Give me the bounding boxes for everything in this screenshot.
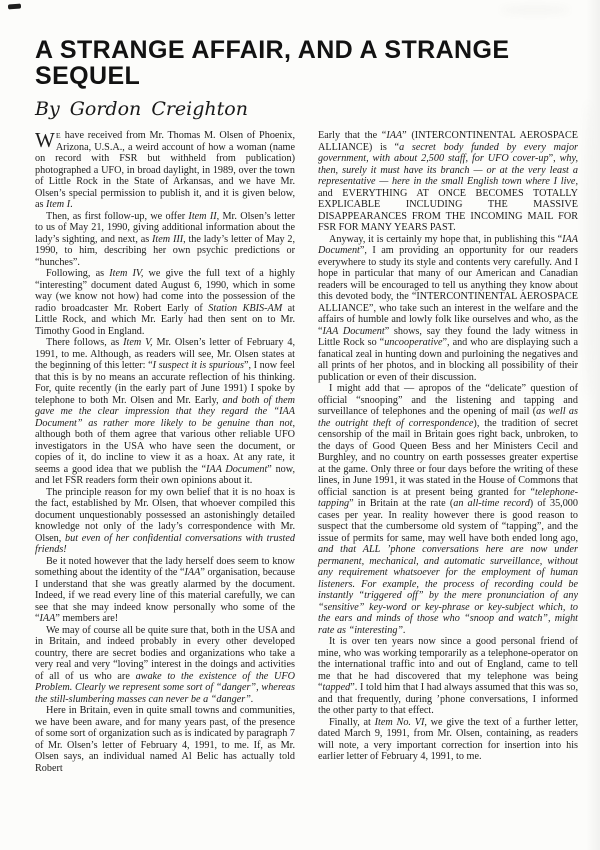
article-column-right: Early that the “IAA” (INTERCONTINENTAL A… bbox=[318, 130, 578, 774]
text-run: ”, bbox=[549, 153, 560, 164]
text-run: There follows, as bbox=[46, 337, 123, 348]
text-run: Item No. VI bbox=[375, 717, 425, 728]
text-run: ”. I told him that I had always assumed … bbox=[318, 682, 578, 716]
text-run: and EVERYTHING AT ONCE BECOMES TOTALLY E… bbox=[318, 188, 578, 234]
text-run: Item V, bbox=[123, 337, 152, 348]
scan-smudge bbox=[562, 610, 574, 656]
text-run: and that ALL ’phone conversations here a… bbox=[318, 544, 578, 636]
text-run: Anyway, it is certainly my hope that, in… bbox=[329, 234, 562, 245]
text-run: ” members are! bbox=[55, 613, 118, 624]
paragraph: There follows, as Item V, Mr. Olsen’s le… bbox=[35, 337, 295, 487]
paragraph: The principle reason for my own belief t… bbox=[35, 487, 295, 556]
text-run: Station KBIS-AM bbox=[208, 303, 282, 314]
text-run: Early that the “ bbox=[318, 130, 386, 141]
text-run: IAA bbox=[386, 130, 402, 141]
paragraph: I might add that — apropos of the “delic… bbox=[318, 383, 578, 636]
article-body: WE have received from Mr. Thomas M. Olse… bbox=[35, 130, 578, 774]
text-run: tapped bbox=[323, 682, 351, 693]
text-run: Item III bbox=[152, 234, 183, 245]
text-run: Following, as bbox=[46, 268, 109, 279]
text-run: an all-time record bbox=[453, 498, 530, 509]
text-run: Item II bbox=[188, 211, 216, 222]
text-run: I suspect it is spurious bbox=[153, 360, 244, 371]
text-run: but even of her confidential conversatio… bbox=[35, 533, 295, 556]
text-run: ), the tradition of secret censorship of… bbox=[318, 418, 578, 498]
scan-smudge bbox=[500, 6, 570, 14]
text-run: IAA Document bbox=[206, 464, 267, 475]
paragraph: WE have received from Mr. Thomas M. Olse… bbox=[35, 130, 295, 211]
text-run: IAA Document bbox=[323, 326, 385, 337]
paragraph: Early that the “IAA” (INTERCONTINENTAL A… bbox=[318, 130, 578, 234]
paragraph: It is over ten years now since a good pe… bbox=[318, 636, 578, 717]
scan-smudge bbox=[556, 300, 566, 360]
text-run: IAA bbox=[40, 613, 56, 624]
paragraph: Finally, at Item No. VI, we give the tex… bbox=[318, 717, 578, 763]
paragraph: Be it noted however that the lady hersel… bbox=[35, 556, 295, 625]
paragraph: Then, as first follow-up, we offer Item … bbox=[35, 211, 295, 269]
text-run: . bbox=[70, 199, 73, 210]
paragraph: Following, as Item IV, we give the full … bbox=[35, 268, 295, 337]
article-byline: By Gordon Creighton bbox=[35, 98, 600, 120]
text-run: Item IV, bbox=[109, 268, 143, 279]
text-run: have received from Mr. Thomas M. Olsen o… bbox=[35, 130, 295, 210]
scan-artifact-mark bbox=[8, 4, 21, 10]
text-run: Here in Britain, even in quite small tow… bbox=[35, 705, 295, 774]
paragraph: Anyway, it is certainly my hope that, in… bbox=[318, 234, 578, 384]
text-run: Then, as first follow-up, we offer bbox=[46, 211, 188, 222]
article-column-left: WE have received from Mr. Thomas M. Olse… bbox=[35, 130, 295, 774]
text-run: Finally, at bbox=[329, 717, 375, 728]
text-run: ”, I am providing an opportunity for our… bbox=[318, 245, 578, 337]
article-title: A STRANGE AFFAIR, AND A STRANGE SEQUEL bbox=[35, 37, 560, 89]
text-run: Item I bbox=[46, 199, 70, 210]
text-run: ” in Britain at the rate ( bbox=[349, 498, 453, 509]
text-run: uncooperative bbox=[384, 337, 442, 348]
paragraph: We may of course all be quite sure that,… bbox=[35, 625, 295, 706]
magazine-page: A STRANGE AFFAIR, AND A STRANGE SEQUEL B… bbox=[0, 0, 600, 850]
paragraph: Here in Britain, even in quite small tow… bbox=[35, 705, 295, 774]
text-run: IAA bbox=[185, 567, 201, 578]
page-edge-shadow bbox=[586, 0, 600, 850]
drop-cap: W bbox=[35, 130, 56, 149]
